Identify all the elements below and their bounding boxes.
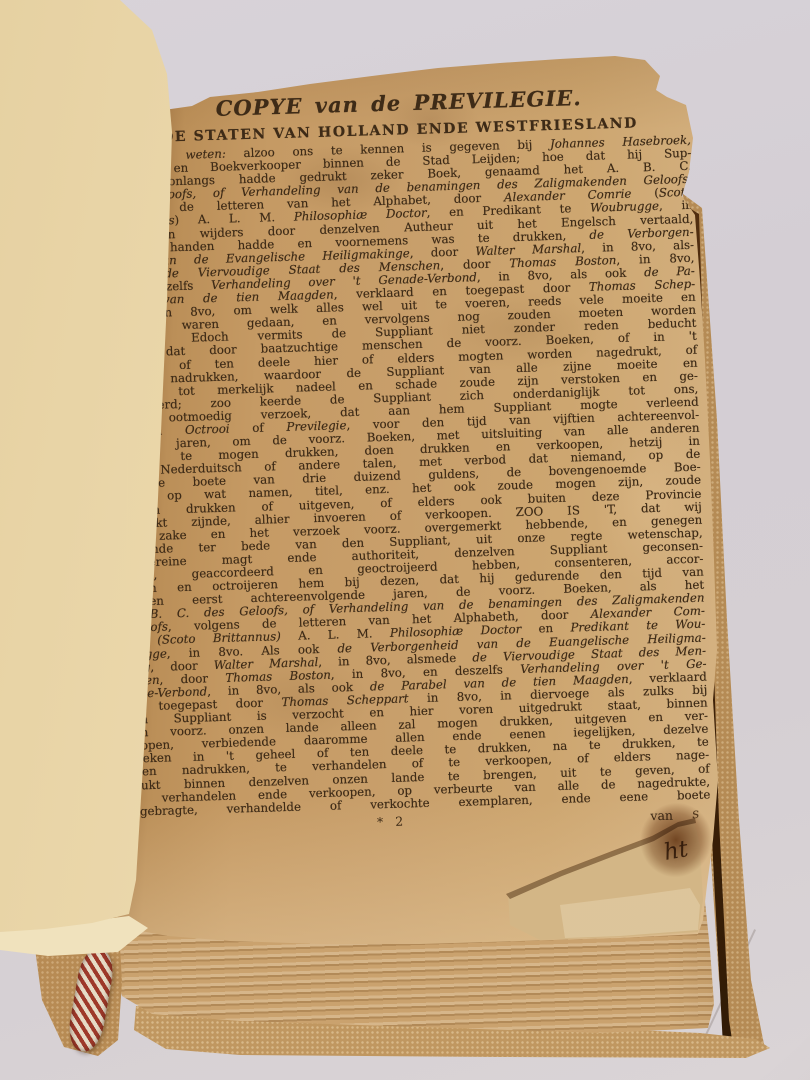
body-lines: doen te weten: alzoo ons te kennen is ge… — [109, 134, 711, 819]
book-photograph: COPYE van de PREVILEGIE. DE STATEN VAN H… — [0, 0, 810, 1080]
signature-mark: * 2 — [377, 813, 408, 829]
printed-text-block: COPYE van de PREVILEGIE. DE STATEN VAN H… — [107, 82, 711, 840]
